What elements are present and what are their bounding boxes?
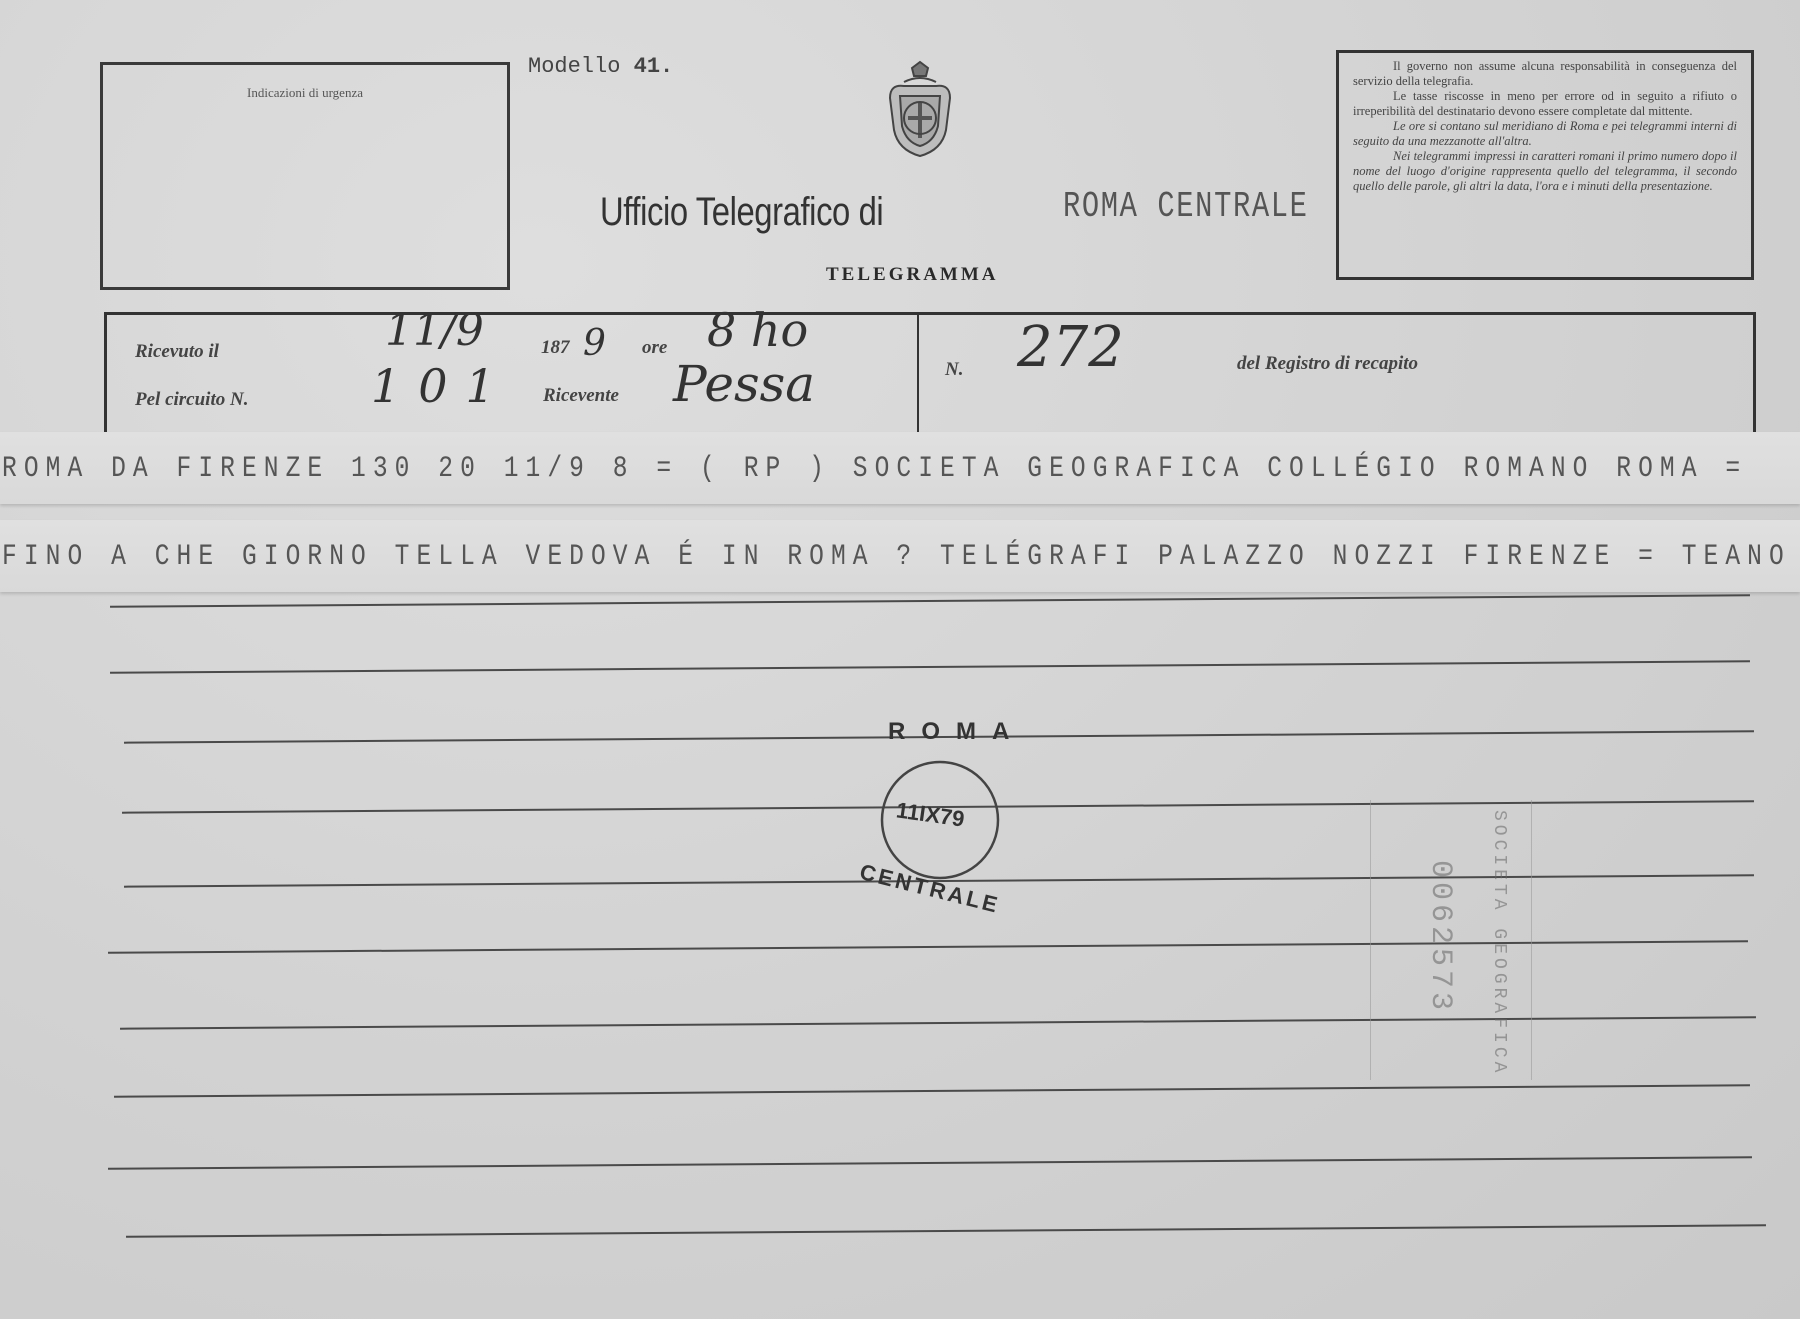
year-suffix: 9 (583, 323, 606, 364)
notice-paragraph: Le ore si contano sul meridiano di Roma … (1353, 119, 1737, 149)
office-name-stamp: ROMA CENTRALE (1063, 186, 1308, 227)
ruled-line (110, 594, 1750, 607)
register-label: del Registro di recapito (1237, 353, 1418, 375)
received-date: 11/9 (385, 305, 484, 356)
society-stamp-number: 0062573 (1423, 860, 1457, 1014)
receipt-divider (917, 315, 919, 433)
model-number: Modello 41. (528, 54, 673, 79)
document-type: TELEGRAMMA (826, 264, 999, 286)
postmark-stamp: ROMA 11IX79 CENTRALE (840, 720, 1040, 920)
ruled-line (114, 1084, 1750, 1097)
receiver-label: Ricevente (543, 385, 619, 407)
ruled-line (126, 1224, 1766, 1237)
number-label: N. (945, 359, 963, 381)
ruled-line (110, 660, 1750, 673)
urgency-indications-box: Indicazioni di urgenza (100, 62, 510, 290)
model-label: Modello (528, 54, 620, 79)
postmark-city: ROMA (888, 718, 992, 746)
notice-paragraph: Il governo non assume alcuna responsabil… (1353, 59, 1737, 89)
society-receipt-stamp: SOCIETA GEOGRAFICA 0062573 (1370, 800, 1532, 1080)
hour-label: ore (642, 337, 667, 359)
liability-notice: Il governo non assume alcuna responsabil… (1336, 50, 1754, 280)
telegram-form: Indicazioni di urgenza Modello 41. Uffic… (0, 0, 1800, 1319)
message-tape-line: FINO A CHE GIORNO TELLA VEDOVA É IN ROMA… (0, 520, 1800, 592)
year-prefix: 187 (541, 337, 570, 359)
hour-value: 8 ho (707, 303, 808, 357)
office-title: Ufficio Telegrafico di (600, 190, 883, 235)
urgency-label: Indicazioni di urgenza (103, 85, 507, 101)
notice-paragraph: Nei telegrammi impressi in caratteri rom… (1353, 149, 1737, 194)
receiver-value: Pessa (673, 355, 815, 413)
register-number: 272 (1017, 315, 1124, 380)
society-stamp-text: SOCIETA GEOGRAFICA (1489, 810, 1509, 1076)
received-label: Ricevuto il (135, 341, 219, 363)
receipt-section: Ricevuto il 11/9 187 9 ore 8 ho Pel circ… (104, 312, 1756, 436)
circuit-label: Pel circuito N. (135, 389, 248, 411)
model-value: 41. (634, 54, 674, 79)
ruled-line (108, 1156, 1752, 1169)
royal-coat-of-arms-icon (882, 60, 958, 160)
notice-paragraph: Le tasse riscosse in meno per errore od … (1353, 89, 1737, 119)
message-tape-line: ROMA DA FIRENZE 130 20 11/9 8 = ( RP ) S… (0, 432, 1800, 504)
circuit-value: 101 (371, 359, 513, 413)
